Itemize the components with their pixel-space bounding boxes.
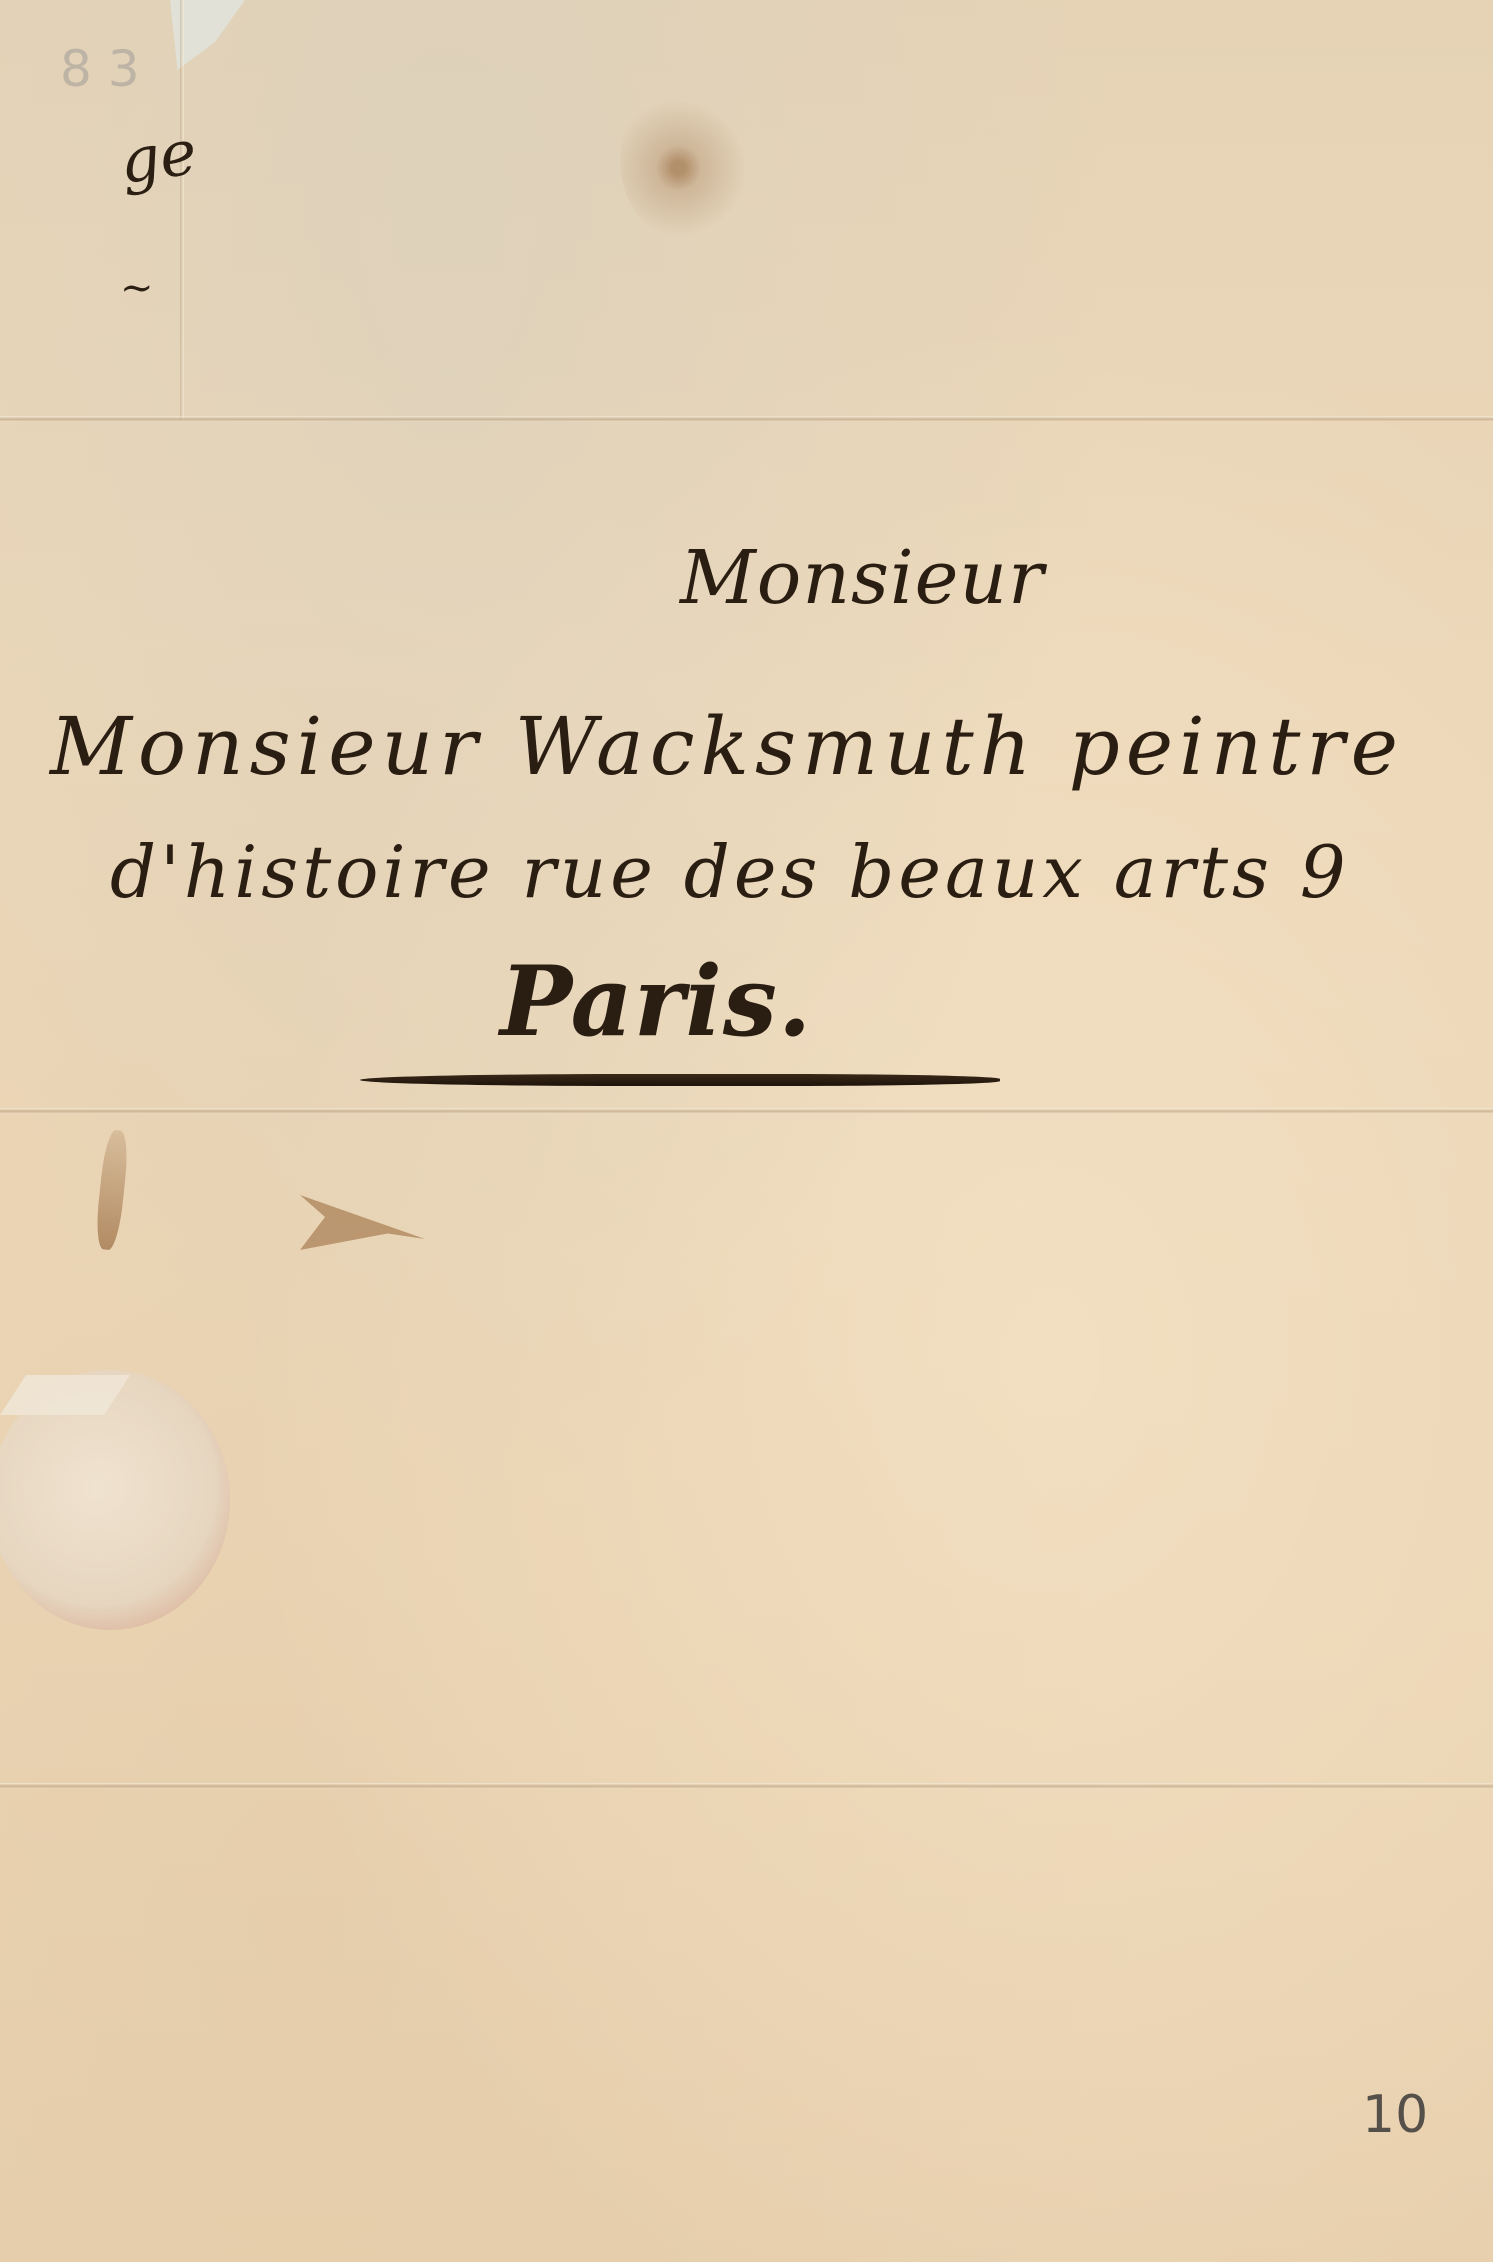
address-city: Paris. <box>500 945 812 1058</box>
fold-line-top <box>0 416 1493 422</box>
address-recipient-line: Monsieur Wacksmuth peintre <box>50 700 1404 793</box>
margin-annotation: ge <box>115 115 201 198</box>
pencil-number: 10 <box>1362 2085 1428 2145</box>
ink-stain <box>620 80 750 240</box>
letter-sheet: 8 3 ge ~ Monsieur Monsieur Wacksmuth pei… <box>0 0 1493 2262</box>
faint-stamp-mark: 8 3 <box>60 40 140 98</box>
stain-streak <box>94 1129 130 1251</box>
address-street-line: d'histoire rue des beaux arts 9 <box>110 830 1350 914</box>
city-underline <box>360 1074 1000 1086</box>
fold-line-middle <box>0 1108 1493 1114</box>
stain-mark <box>300 1195 425 1250</box>
margin-annotation-stroke: ~ <box>120 265 154 311</box>
vertical-fold-line <box>180 0 184 420</box>
address-salutation: Monsieur <box>680 535 1044 621</box>
fold-line-bottom <box>0 1783 1493 1789</box>
